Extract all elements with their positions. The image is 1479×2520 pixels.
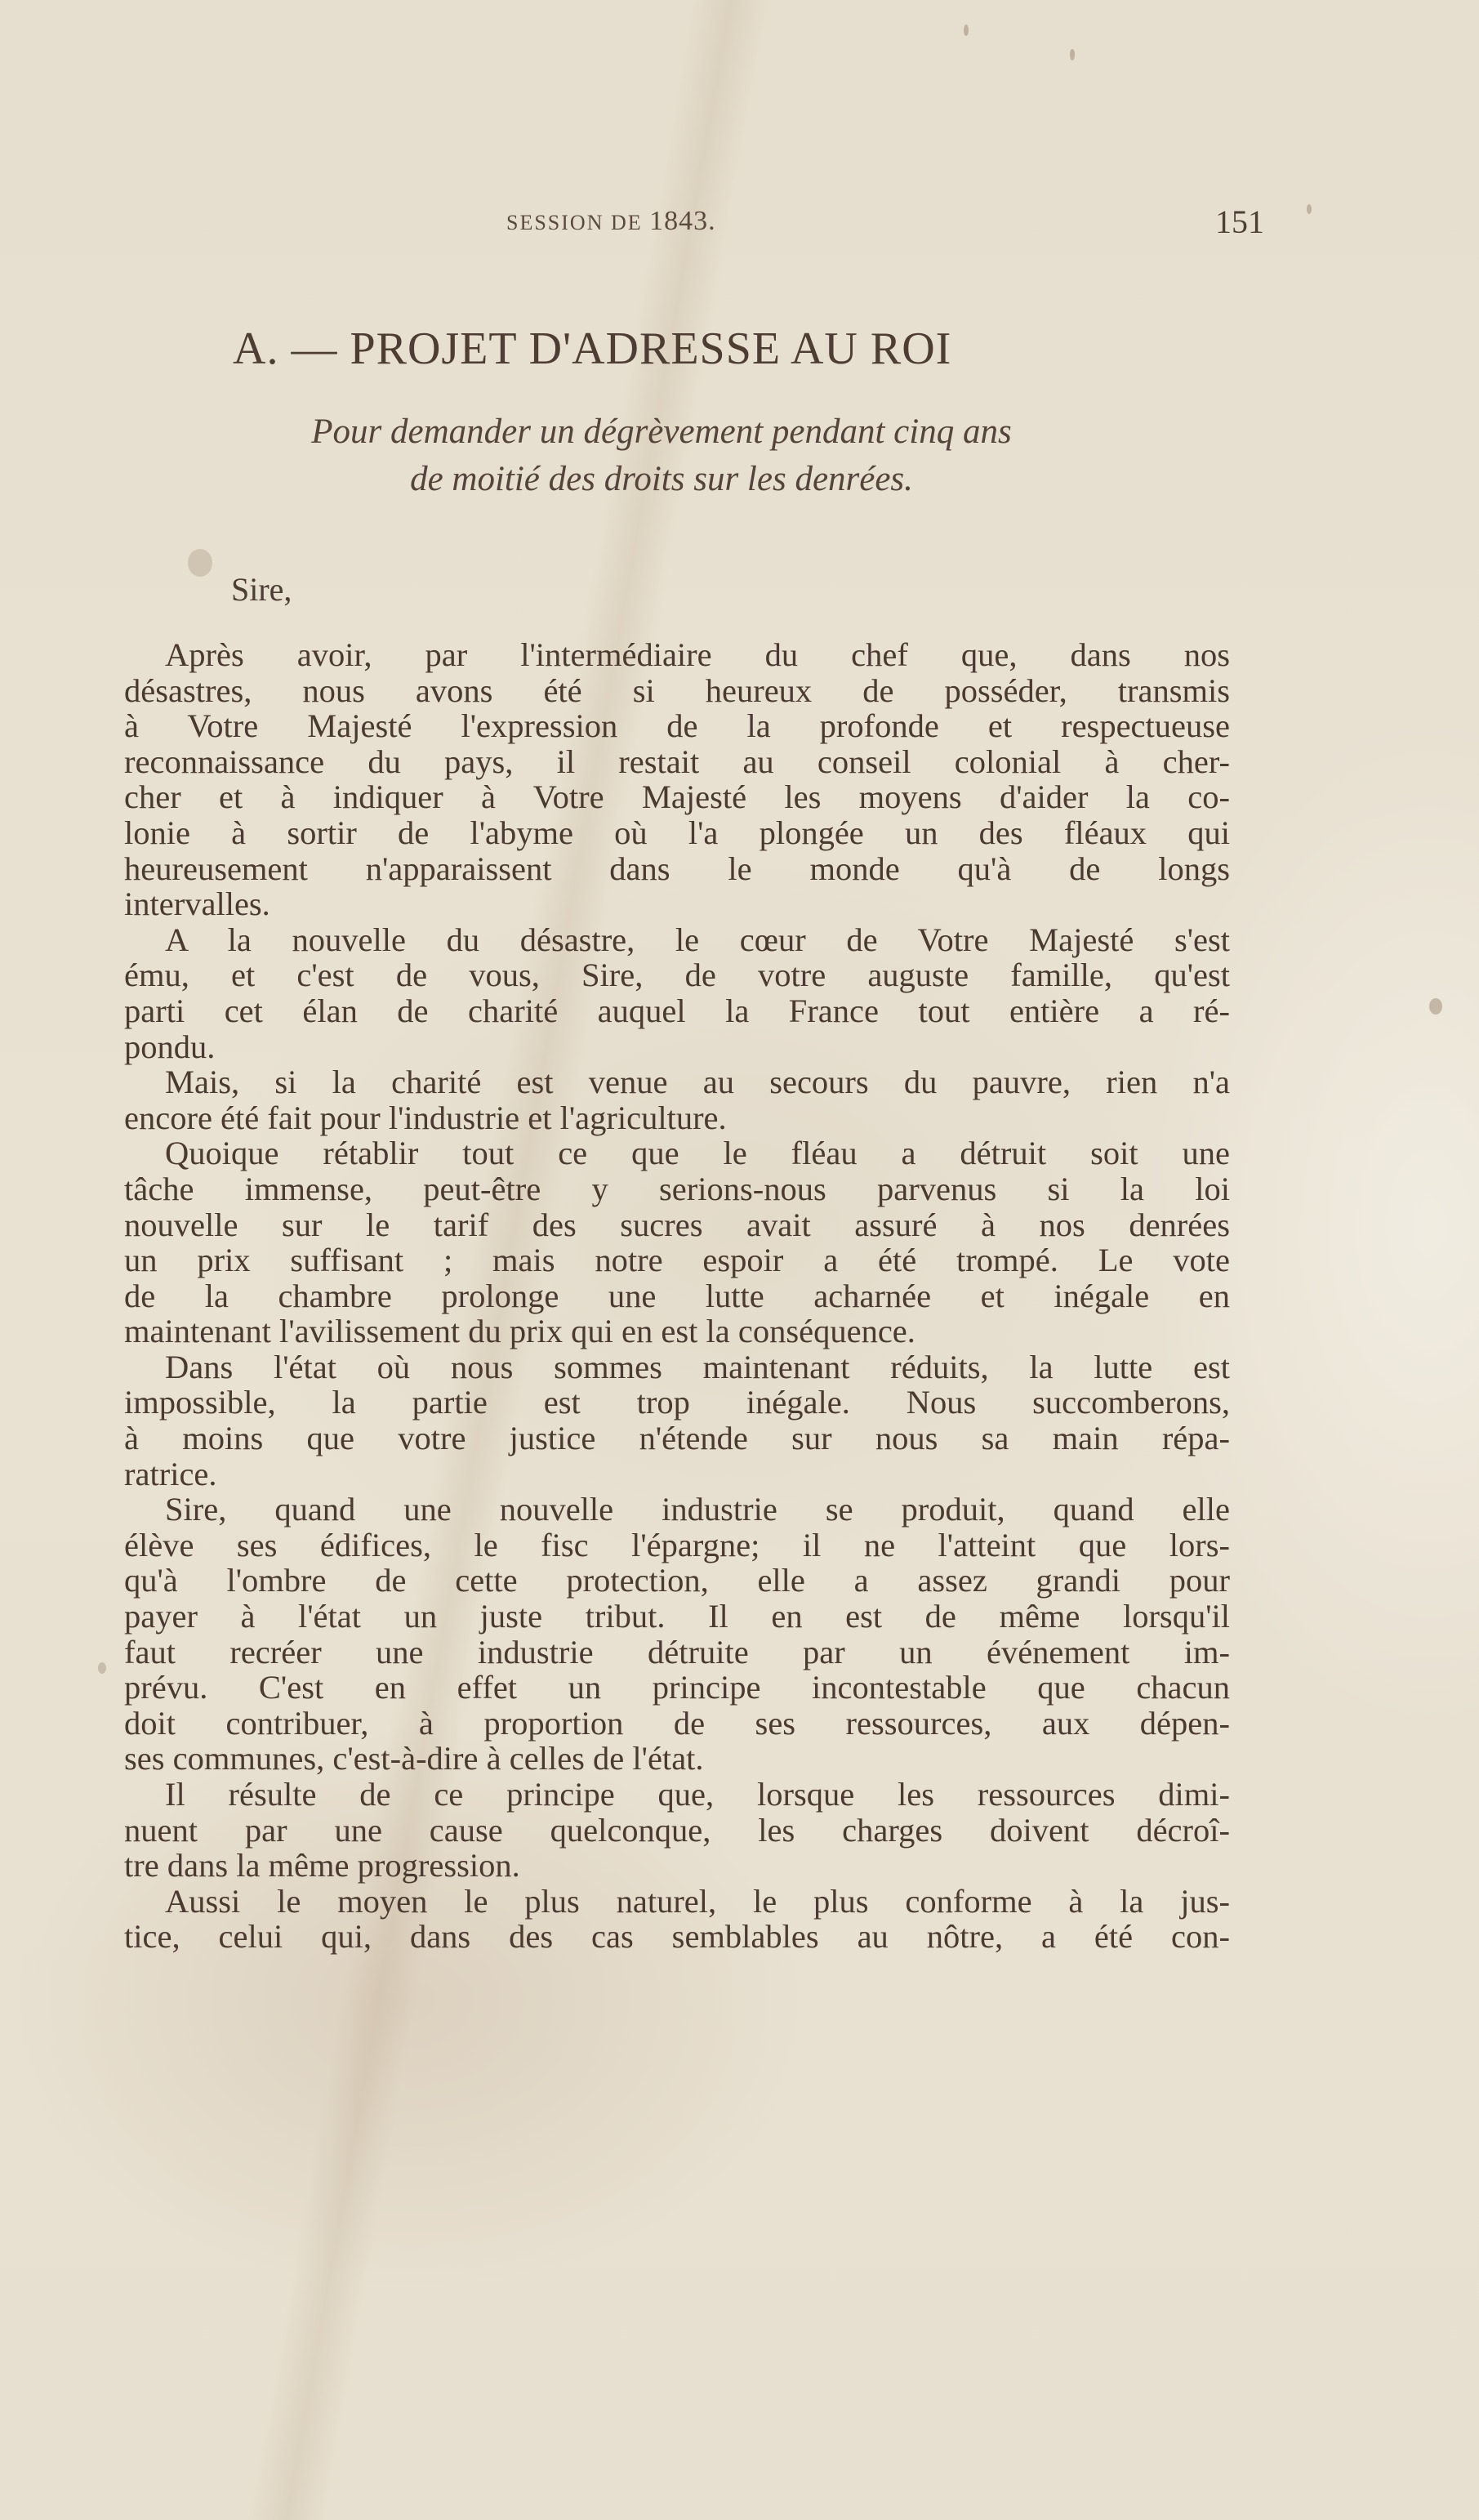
paragraph-1: Après avoir, par l'intermédiaire du chef… — [87, 637, 1230, 922]
text-line: Quoique rétablir tout ce que le fléau a … — [87, 1135, 1230, 1171]
text-line: ratrice. — [87, 1456, 1230, 1492]
scanned-book-page: SESSION DE 1843. 151 A. — PROJET D'ADRES… — [0, 0, 1479, 2520]
text-line: Après avoir, par l'intermédiaire du chef… — [87, 637, 1230, 673]
text-line: Dans l'état où nous sommes maintenant ré… — [87, 1349, 1230, 1385]
foxing-speck — [1070, 49, 1075, 60]
text-line: nouvelle sur le tarif des sucres avait a… — [87, 1207, 1230, 1243]
paragraph-7: Il résulte de ce principe que, lorsque l… — [87, 1777, 1230, 1884]
paragraph-4: Quoique rétablir tout ce que le fléau a … — [87, 1135, 1230, 1349]
text-line: tre dans la même progression. — [87, 1848, 1230, 1884]
text-line: qu'à l'ombre de cette protection, elle a… — [87, 1563, 1230, 1599]
paragraph-5: Dans l'état où nous sommes maintenant ré… — [87, 1349, 1230, 1492]
text-line: lonie à sortir de l'abyme où l'a plongée… — [87, 815, 1230, 851]
running-title: SESSION DE 1843. — [506, 206, 716, 237]
text-line: de la chambre prolonge une lutte acharné… — [87, 1278, 1230, 1314]
text-line: à Votre Majesté l'expression de la profo… — [87, 708, 1230, 744]
paragraph-6: Sire, quand une nouvelle industrie se pr… — [87, 1492, 1230, 1777]
text-line: impossible, la partie est trop inégale. … — [87, 1385, 1230, 1421]
text-line: heureusement n'apparaissent dans le mond… — [87, 851, 1230, 887]
subtitle-line-1: Pour demander un dégrèvement pendant cin… — [147, 408, 1176, 456]
text-line: à moins que votre justice n'étende sur n… — [87, 1421, 1230, 1456]
text-line: A la nouvelle du désastre, le cœur de Vo… — [87, 922, 1230, 958]
text-line: élève ses édifices, le fisc l'épargne; i… — [87, 1528, 1230, 1563]
text-line: parti cet élan de charité auquel la Fran… — [87, 993, 1230, 1029]
salutation: Sire, — [231, 570, 292, 609]
foxing-speck — [964, 25, 969, 36]
text-line: pondu. — [87, 1029, 1230, 1065]
paragraph-2: A la nouvelle du désastre, le cœur de Vo… — [87, 922, 1230, 1064]
text-line: doit contribuer, à proportion de ses res… — [87, 1706, 1230, 1742]
foxing-speck — [188, 549, 212, 577]
text-line: Il résulte de ce principe que, lorsque l… — [87, 1777, 1230, 1813]
running-head: SESSION DE 1843. 151 — [506, 206, 1323, 247]
body-text: Après avoir, par l'intermédiaire du chef… — [87, 637, 1230, 1955]
section-subtitle: Pour demander un dégrèvement pendant cin… — [147, 408, 1176, 503]
running-title-year: 1843. — [649, 206, 716, 236]
text-line: tice, celui qui, dans des cas semblables… — [87, 1919, 1230, 1955]
text-line: encore été fait pour l'industrie et l'ag… — [87, 1100, 1230, 1136]
text-line: désastres, nous avons été si heureux de … — [87, 673, 1230, 709]
text-line: Sire, quand une nouvelle industrie se pr… — [87, 1492, 1230, 1528]
text-line: ému, et c'est de vous, Sire, de votre au… — [87, 957, 1230, 993]
subtitle-line-2: de moitié des droits sur les denrées. — [147, 456, 1176, 503]
text-line: reconnaissance du pays, il restait au co… — [87, 744, 1230, 780]
foxing-speck — [1429, 998, 1442, 1015]
text-line: un prix suffisant ; mais notre espoir a … — [87, 1242, 1230, 1278]
text-line: Aussi le moyen le plus naturel, le plus … — [87, 1884, 1230, 1920]
text-line: payer à l'état un juste tribut. Il en es… — [87, 1599, 1230, 1635]
running-title-label: SESSION DE — [506, 211, 649, 234]
paragraph-8: Aussi le moyen le plus naturel, le plus … — [87, 1884, 1230, 1955]
text-line: maintenant l'avilissement du prix qui en… — [87, 1314, 1230, 1349]
section-title: A. — PROJET D'ADRESSE AU ROI — [233, 323, 1131, 375]
page-number: 151 — [1215, 203, 1264, 241]
text-line: faut recréer une industrie détruite par … — [87, 1635, 1230, 1670]
text-line: cher et à indiquer à Votre Majesté les m… — [87, 779, 1230, 815]
text-line: Mais, si la charité est venue au secours… — [87, 1064, 1230, 1100]
text-line: intervalles. — [87, 886, 1230, 922]
text-line: tâche immense, peut-être y serions-nous … — [87, 1171, 1230, 1207]
text-line: prévu. C'est en effet un principe incont… — [87, 1670, 1230, 1706]
text-line: nuent par une cause quelconque, les char… — [87, 1813, 1230, 1849]
text-line: ses communes, c'est-à-dire à celles de l… — [87, 1741, 1230, 1777]
paragraph-3: Mais, si la charité est venue au secours… — [87, 1064, 1230, 1135]
